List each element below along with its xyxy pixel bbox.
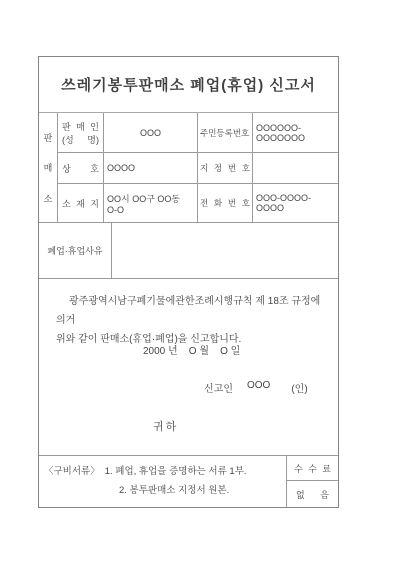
resident-id-value-line1: OOOOOO- (256, 123, 335, 133)
declarant-seal: (인) (291, 380, 307, 395)
seller-name-label-cell: 판 매 인 (성 명) (58, 113, 104, 152)
fee-label-cell: 수 수 료 (287, 456, 338, 481)
shop-name-label: 상 호 (62, 162, 99, 175)
footer-section: 〈구비서류〉 1. 폐업, 휴업을 증명하는 서류 1부. 2. 봉투판매소 지… (39, 455, 338, 507)
shop-name-label-cell: 상 호 (58, 153, 104, 183)
seller-name-label-line1: 판 매 인 (62, 120, 99, 133)
recipient-label: 귀하 (153, 418, 178, 434)
group-char: 매 (44, 161, 53, 174)
required-document-item-2: 2. 봉투판매소 지정서 원본. (119, 482, 286, 496)
designation-number-label-cell: 지 정 번 호 (198, 153, 253, 183)
page-title: 쓰레기봉투판매소 폐업(휴업) 신고서 (61, 74, 316, 95)
resident-id-label: 주민등록번호 (200, 127, 250, 139)
phone-number-value-cell: OOO-OOOO-OOOO (253, 184, 338, 222)
sales-office-block: 판 매 소 판 매 인 (성 명) OOO 주민등록번호 (39, 113, 338, 223)
phone-number-label-cell: 전 화 번 호 (198, 184, 253, 222)
resident-id-value-line2: OOOOOOO (256, 133, 335, 143)
seller-info-table: 판 매 소 판 매 인 (성 명) OOO 주민등록번호 (39, 113, 338, 278)
table-rows: 판 매 인 (성 명) OOO 주민등록번호 OOOOOO- OOOOOOO (58, 113, 338, 222)
resident-id-label-cell: 주민등록번호 (198, 113, 253, 152)
address-label: 소 재 지 (62, 197, 99, 210)
address-value-line1: OO시 OO구 OO동 (107, 192, 194, 205)
statement-section: 광주광역시남구폐기물에관한조례시행규칙 제 18조 규정에 의거 위와 같이 판… (39, 278, 338, 455)
title-section: 쓰레기봉투판매소 폐업(휴업) 신고서 (39, 57, 338, 113)
table-row-closure-reason: 폐업·휴업사유 (39, 223, 338, 278)
phone-number-value: OOO-OOOO-OOOO (256, 193, 335, 213)
declarant-line: 신고인 OOO (인) (204, 380, 308, 395)
closure-reason-label-cell: 폐업·휴업사유 (39, 223, 112, 278)
date-line: 2000 년 O 월 O 일 (143, 342, 240, 357)
required-documents-label: 〈구비서류〉 (44, 463, 100, 477)
closure-reason-label: 폐업·휴업사유 (47, 244, 102, 257)
seller-name-value-cell: OOO (104, 113, 198, 152)
fee-value-cell: 없 음 (287, 481, 338, 507)
table-row-address: 소 재 지 OO시 OO구 OO동 O-O 전 화 번 호 OOO-OOOO-O… (58, 184, 338, 222)
address-value-cell: OO시 OO구 OO동 O-O (104, 184, 198, 222)
report-form: 쓰레기봉투판매소 폐업(휴업) 신고서 판 매 소 판 매 인 (성 명) (38, 56, 339, 508)
fee-label: 수 수 료 (294, 462, 331, 475)
required-documents-line1: 〈구비서류〉 1. 폐업, 휴업을 증명하는 서류 1부. (44, 463, 286, 477)
resident-id-value-cell: OOOOOO- OOOOOOO (253, 113, 338, 152)
seller-name-value: OOO (107, 128, 194, 138)
declarant-label: 신고인 (204, 380, 233, 395)
shop-name-value-cell: OOOO (104, 153, 198, 183)
closure-reason-value-cell (112, 223, 338, 278)
designation-number-label: 지 정 번 호 (200, 162, 250, 174)
group-header-sales-office: 판 매 소 (39, 113, 58, 222)
fee-value: 없 음 (296, 488, 329, 501)
group-char: 소 (44, 192, 53, 205)
address-label-cell: 소 재 지 (58, 184, 104, 222)
phone-number-label: 전 화 번 호 (200, 197, 250, 209)
statement-line1: 광주광역시남구폐기물에관한조례시행규칙 제 18조 규정에 의거 (56, 292, 324, 330)
required-documents-cell: 〈구비서류〉 1. 폐업, 휴업을 증명하는 서류 1부. 2. 봉투판매소 지… (39, 456, 287, 507)
address-value-line2: O-O (107, 205, 194, 215)
group-char: 판 (44, 131, 53, 144)
declarant-name: OOO (247, 380, 270, 395)
statement-paragraph: 광주광역시남구폐기물에관한조례시행규칙 제 18조 규정에 의거 위와 같이 판… (56, 292, 324, 349)
required-document-item-1: 1. 폐업, 휴업을 증명하는 서류 1부. (105, 463, 247, 477)
shop-name-value: OOOO (107, 163, 194, 173)
scanned-form-page: 쓰레기봉투판매소 폐업(휴업) 신고서 판 매 소 판 매 인 (성 명) (0, 0, 400, 566)
table-row-shop-name: 상 호 OOOO 지 정 번 호 (58, 153, 338, 184)
designation-number-value-cell (253, 153, 338, 183)
fee-cell: 수 수 료 없 음 (287, 456, 338, 507)
table-row-seller-name: 판 매 인 (성 명) OOO 주민등록번호 OOOOOO- OOOOOOO (58, 113, 338, 153)
seller-name-label-line2: (성 명) (62, 133, 99, 146)
